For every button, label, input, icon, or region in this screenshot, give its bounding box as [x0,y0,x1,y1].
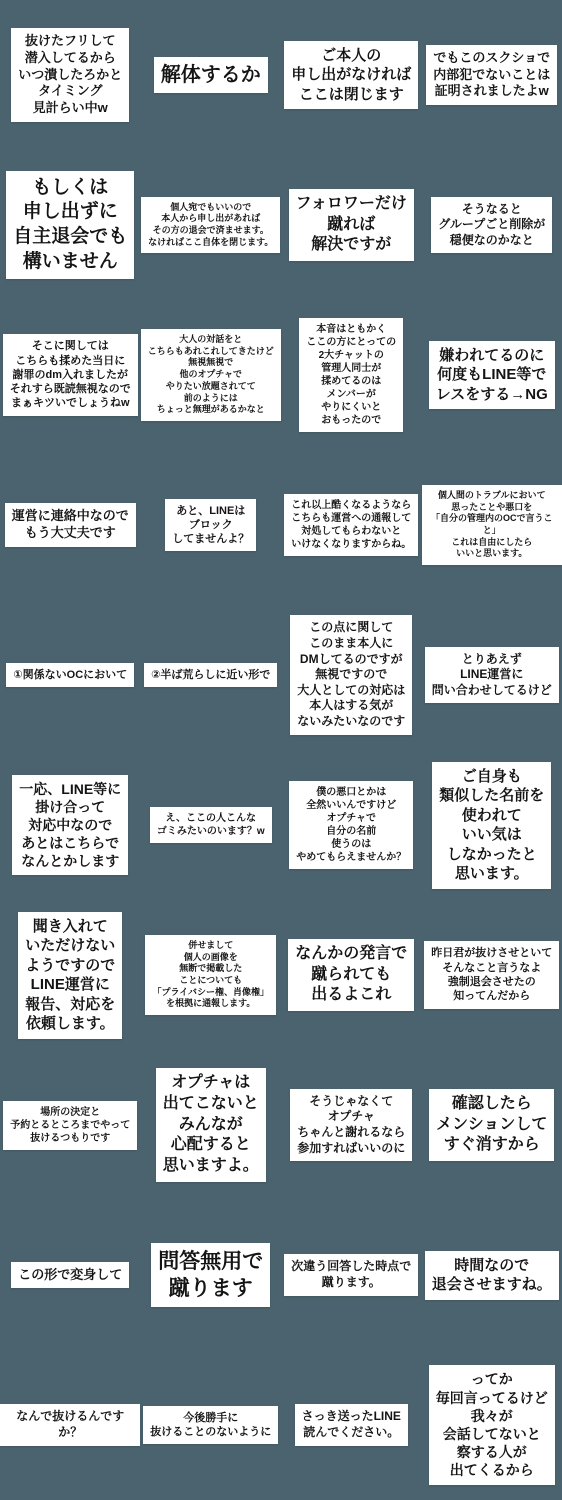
sticker-item[interactable]: そうなると グループごと削除が 穏便なのかなと [431,197,552,254]
sticker-cell: 大人の対話をと こちらもあれこれしてきたけど 無視無視で 他のオプチャで やりた… [141,300,282,450]
sticker-cell: とりあえず LINE運営に 問い合わせしてるけど [422,600,562,750]
sticker-item[interactable]: 昨日君が抜けさせといて そんなこと言うなよ 強制退会させたの 知ってんだから [424,941,559,1008]
sticker-cell: 解体するか [141,0,282,150]
sticker-item[interactable]: 僕の悪口とかは 全然いいんですけど オプチャで 自分の名前 使うのは やめてもら… [289,781,413,869]
sticker-cell: ご自身も 類似した名前を 使われて いい気は しなかったと 思います。 [422,750,562,900]
sticker-cell: 運営に連絡中なので もう大丈夫です [0,450,141,600]
sticker-cell: 本音はともかく ここの方にとっての 2大チャットの 管理人同士が 揉めてるのは … [281,300,422,450]
sticker-cell: え、ここの人こんな ゴミみたいのいます？w [141,750,282,900]
sticker-item[interactable]: 次違う回答した時点で 蹴ります。 [284,1254,418,1295]
sticker-item[interactable]: 大人の対話をと こちらもあれこれしてきたけど 無視無視で 他のオプチャで やりた… [141,329,281,421]
sticker-item[interactable]: 本音はともかく ここの方にとっての 2大チャットの 管理人同士が 揉めてるのは … [299,318,403,432]
sticker-item[interactable]: フォロワーだけ 蹴れば 解決ですが [289,189,414,261]
sticker-item[interactable]: 確認したら メンションして すぐ消すから [429,1089,554,1161]
sticker-item[interactable]: ご自身も 類似した名前を 使われて いい気は しなかったと 思います。 [432,762,551,889]
sticker-item[interactable]: とりあえず LINE運営に 問い合わせしてるけど [425,647,559,704]
sticker-cell: そうじゃなくて オプチャ ちゃんと謝れるなら 参加すればいいのに [281,1050,422,1200]
sticker-item[interactable]: そうじゃなくて オプチャ ちゃんと謝れるなら 参加すればいいのに [290,1089,412,1161]
sticker-cell: でもこのスクショで 内部犯でないことは 証明されましたよw [422,0,562,150]
sticker-cell: 場所の決定と 予約とるところまでやって 抜けるつもりです [0,1050,141,1200]
sticker-cell: 時間なので 退会させますね。 [422,1200,562,1350]
sticker-cell: 併せまして 個人の画像を 無断で掲載した ことについても 「プライバシー権、肖像… [141,900,282,1050]
sticker-cell: ①関係ないOCにおいて [0,600,141,750]
sticker-item[interactable]: 問答無用で 蹴ります [151,1243,270,1308]
sticker-item[interactable]: 一応、LINE等に 掛け合って 対応中なので あとはこちらで なんとかします [12,775,128,876]
sticker-item[interactable]: 聞き入れて いただけない ようですので LINE運営に 報告、対応を 依頼します… [18,912,122,1039]
sticker-cell: この点に関して このまま本人に DMしてるのですが 無視ですので 大人としての対… [281,600,422,750]
sticker-item[interactable]: オプチャは 出てこないと みんなが 心配すると 思いますよ。 [156,1068,266,1182]
sticker-cell: フォロワーだけ 蹴れば 解決ですが [281,150,422,300]
sticker-cell: 僕の悪口とかは 全然いいんですけど オプチャで 自分の名前 使うのは やめてもら… [281,750,422,900]
sticker-cell: 聞き入れて いただけない ようですので LINE運営に 報告、対応を 依頼します… [0,900,141,1050]
sticker-item[interactable]: あと、LINEは ブロック してませんよ？ [165,499,256,552]
sticker-item[interactable]: 併せまして 個人の画像を 無断で掲載した ことについても 「プライバシー権、肖像… [145,935,276,1015]
sticker-cell: これ以上酷くなるようなら こちらも運営への通報して 対処してもらわないと いけな… [281,450,422,600]
sticker-cell: もしくは 申し出ずに 自主退会でも 構いません [0,150,141,300]
sticker-cell: 確認したら メンションして すぐ消すから [422,1050,562,1200]
sticker-cell: そこに関しては こちらも揉めた当日に 謝罪のdm入れましたが それすら既読無視な… [0,300,141,450]
sticker-item[interactable]: ①関係ないOCにおいて [6,663,134,687]
sticker-item[interactable]: もしくは 申し出ずに 自主退会でも 構いません [6,171,134,280]
sticker-cell: 今後勝手に 抜けることのないように [141,1350,282,1500]
sticker-item[interactable]: でもこのスクショで 内部犯でないことは 証明されましたよw [426,45,557,106]
sticker-cell: 個人宛でもいいので 本人から申し出があれば その方の退会で済ませます。 なければ… [141,150,282,300]
sticker-item[interactable]: そこに関しては こちらも揉めた当日に 謝罪のdm入れましたが それすら既読無視な… [3,334,138,415]
sticker-cell: なんで抜けるんですか？ [0,1350,141,1500]
sticker-cell: オプチャは 出てこないと みんなが 心配すると 思いますよ。 [141,1050,282,1200]
sticker-grid: 抜けたフリして 潜入してるから いつ潰したろかと タイミング 見計らい中w解体す… [0,0,562,1500]
sticker-item[interactable]: この点に関して このまま本人に DMしてるのですが 無視ですので 大人としての対… [290,615,412,734]
sticker-item[interactable]: さっき送ったLINE 読んでください。 [295,1404,408,1445]
sticker-item[interactable]: 今後勝手に 抜けることのないように [143,1406,278,1445]
sticker-item[interactable]: この形で変身して [11,1262,129,1289]
sticker-item[interactable]: ②半ば荒らしに近い形で [144,663,277,687]
sticker-item[interactable]: 場所の決定と 予約とるところまでやって 抜けるつもりです [3,1101,137,1150]
sticker-cell: 抜けたフリして 潜入してるから いつ潰したろかと タイミング 見計らい中w [0,0,141,150]
sticker-item[interactable]: 個人間のトラブルにおいて 思ったことや悪口を 「自分の管理内のOCで言うこと」 … [422,485,562,565]
sticker-item[interactable]: これ以上酷くなるようなら こちらも運営への通報して 対処してもらわないと いけな… [284,494,418,556]
sticker-cell: 問答無用で 蹴ります [141,1200,282,1350]
sticker-cell: 嫌われてるのに 何度もLINE等で レスをする→NG [422,300,562,450]
sticker-item[interactable]: なんで抜けるんですか？ [0,1404,140,1445]
sticker-cell: ②半ば荒らしに近い形で [141,600,282,750]
sticker-cell: そうなると グループごと削除が 穏便なのかなと [422,150,562,300]
sticker-item[interactable]: 運営に連絡中なので もう大丈夫です [5,503,136,547]
sticker-cell: なんかの発言で 蹴られても 出るよこれ [281,900,422,1050]
sticker-item[interactable]: なんかの発言で 蹴られても 出るよこれ [288,939,414,1011]
sticker-cell: あと、LINEは ブロック してませんよ？ [141,450,282,600]
sticker-cell: この形で変身して [0,1200,141,1350]
sticker-item[interactable]: ご本人の 申し出がなければ ここは閉じます [284,41,418,110]
sticker-cell: 個人間のトラブルにおいて 思ったことや悪口を 「自分の管理内のOCで言うこと」 … [422,450,562,600]
sticker-item[interactable]: ってか 毎回言ってるけど 我々が 会話してないと 察する人が 出てくるから [429,1365,555,1484]
sticker-cell: 次違う回答した時点で 蹴ります。 [281,1200,422,1350]
sticker-cell: さっき送ったLINE 読んでください。 [281,1350,422,1500]
sticker-item[interactable]: 抜けたフリして 潜入してるから いつ潰したろかと タイミング 見計らい中w [11,28,129,122]
sticker-item[interactable]: え、ここの人こんな ゴミみたいのいます？w [150,807,272,843]
sticker-cell: 一応、LINE等に 掛け合って 対応中なので あとはこちらで なんとかします [0,750,141,900]
sticker-cell: ご本人の 申し出がなければ ここは閉じます [281,0,422,150]
sticker-item[interactable]: 個人宛でもいいので 本人から申し出があれば その方の退会で済ませます。 なければ… [141,197,280,254]
sticker-item[interactable]: 解体するか [154,57,268,93]
sticker-cell: 昨日君が抜けさせといて そんなこと言うなよ 強制退会させたの 知ってんだから [422,900,562,1050]
sticker-cell: ってか 毎回言ってるけど 我々が 会話してないと 察する人が 出てくるから [422,1350,562,1500]
sticker-item[interactable]: 時間なので 退会させますね。 [425,1251,559,1300]
sticker-item[interactable]: 嫌われてるのに 何度もLINE等で レスをする→NG [429,341,555,410]
